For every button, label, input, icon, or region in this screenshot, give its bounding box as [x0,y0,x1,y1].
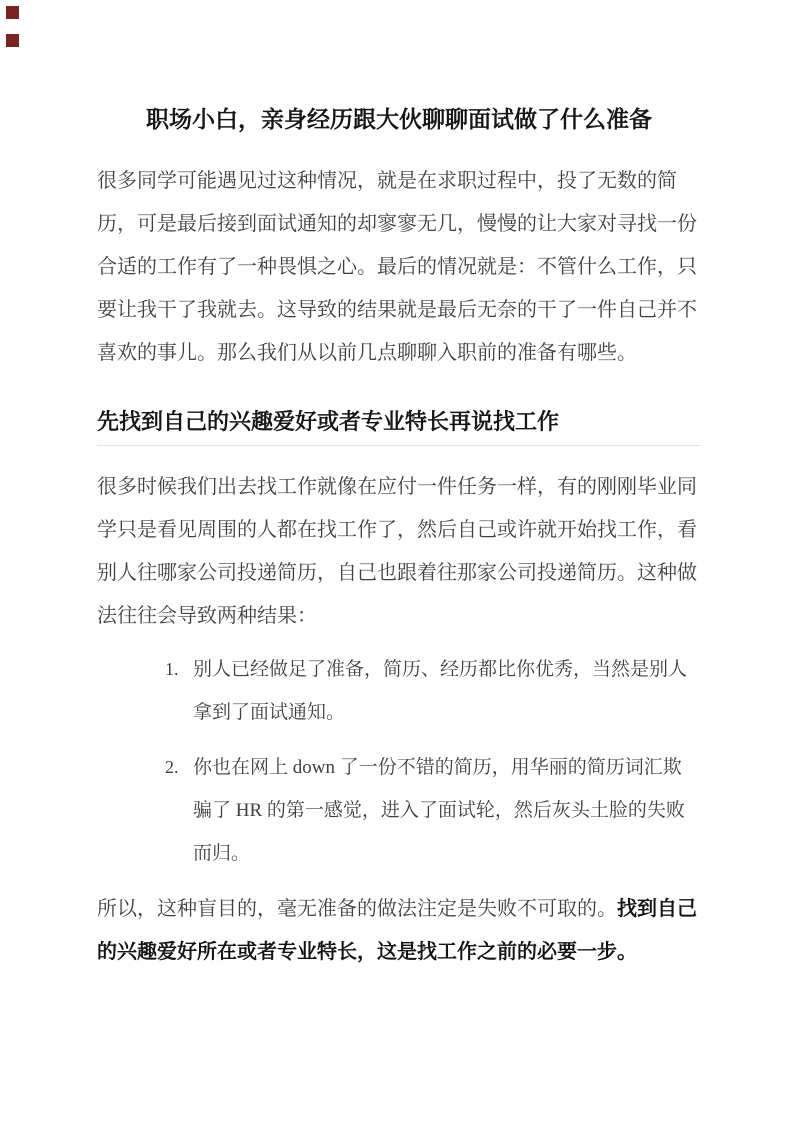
section-paragraph-line: 法往往会导致两种结果： [97,595,701,638]
ordered-list-item-1: 1. 别人已经做足了准备，简历、经历都比你优秀，当然是别人 拿到了面试通知。 [97,648,701,734]
list-item-line: 你也在网上 down 了一份不错的简历，用华丽的简历词汇欺 [193,746,701,789]
section-paragraph-line: 很多时候我们出去找工作就像在应付一件任务一样，有的刚刚毕业同 [97,466,701,509]
closing-bold-text: 找到自己 [617,898,697,920]
intro-line: 要让我干了我就去。这导致的结果就是最后无奈的干了一件自己并不 [97,289,701,332]
document-title: 职场小白，亲身经历跟大伙聊聊面试做了什么准备 [97,100,701,140]
red-square-marker-icon [6,6,19,19]
section-paragraph-line: 别人往哪家公司投递简历，自己也跟着往那家公司投递简历。这种做 [97,552,701,595]
section-divider [97,445,701,446]
ordered-list-item-2: 2. 你也在网上 down 了一份不错的简历，用华丽的简历词汇欺 骗了 HR 的… [97,746,701,875]
intro-line: 合适的工作有了一种畏惧之心。最后的情况就是：不管什么工作，只 [97,246,701,289]
closing-line: 的兴趣爱好所在或者专业特长，这是找工作之前的必要一步。 [97,931,701,974]
list-item-line: 骗了 HR 的第一感觉，进入了面试轮，然后灰头土脸的失败 [193,789,701,832]
closing-paragraph: 所以，这种盲目的，毫无准备的做法注定是失败不可取的。找到自己 的兴趣爱好所在或者… [97,888,701,974]
list-item-line: 而归。 [193,832,701,875]
closing-line: 所以，这种盲目的，毫无准备的做法注定是失败不可取的。找到自己 [97,888,701,931]
closing-regular-text: 所以，这种盲目的，毫无准备的做法注定是失败不可取的。 [97,898,617,920]
red-square-marker-icon [6,34,19,47]
intro-line: 很多同学可能遇见过这种情况，就是在求职过程中，投了无数的简 [97,160,701,203]
list-item-number: 1. [165,648,191,691]
section-paragraph-line: 学只是看见周围的人都在找工作了，然后自己或许就开始找工作，看 [97,509,701,552]
intro-line: 喜欢的事儿。那么我们从以前几点聊聊入职前的准备有哪些。 [97,332,701,375]
list-item-number: 2. [165,746,191,789]
section-heading: 先找到自己的兴趣爱好或者专业特长再说找工作 [97,400,701,443]
intro-paragraph: 很多同学可能遇见过这种情况，就是在求职过程中，投了无数的简 历，可是最后接到面试… [97,160,701,375]
intro-line: 历，可是最后接到面试通知的却寥寥无几，慢慢的让大家对寻找一份 [97,203,701,246]
list-item-line: 别人已经做足了准备，简历、经历都比你优秀，当然是别人 [193,648,701,691]
document-page: 职场小白，亲身经历跟大伙聊聊面试做了什么准备 很多同学可能遇见过这种情况，就是在… [0,0,793,1122]
list-item-line: 拿到了面试通知。 [193,691,701,734]
section-paragraph: 很多时候我们出去找工作就像在应付一件任务一样，有的刚刚毕业同 学只是看见周围的人… [97,466,701,638]
